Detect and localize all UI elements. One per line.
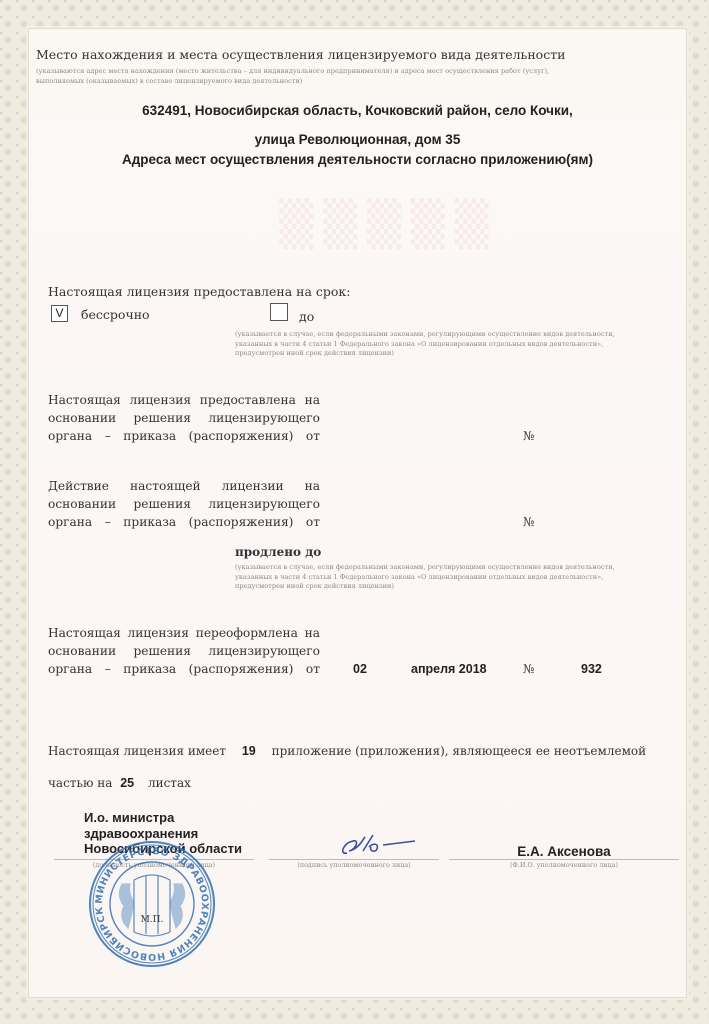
granted-line-2: основании решения лицензирующего xyxy=(48,409,320,427)
attachments-line-2: частью на 25 листах xyxy=(48,776,191,790)
reissued-line-3: органа – приказа (распоряжения) от xyxy=(48,660,320,678)
granted-basis-text: Настоящая лицензия предоставлена на осно… xyxy=(48,391,320,445)
until-checkbox[interactable] xyxy=(270,303,288,321)
position-line-1: И.о. министра xyxy=(84,810,242,826)
reissued-number: 932 xyxy=(581,662,602,676)
term-heading: Настоящая лицензия предоставлена на срок… xyxy=(48,284,350,299)
granted-line-3: органа – приказа (распоряжения) от xyxy=(48,427,320,445)
attachments-suffix: приложение (приложения), являющееся ее н… xyxy=(272,744,647,758)
stamp-mp-label: М.П. xyxy=(141,915,164,925)
extended-line-2: основании решения лицензирующего xyxy=(48,495,320,513)
svg-text:МИНИСТЕРСТВО ЗДРАВООХРАНЕНИЯ Н: МИНИСТЕРСТВО ЗДРАВООХРАНЕНИЯ НОВОСИБИРСК… xyxy=(88,840,210,962)
attachments-count: 19 xyxy=(242,744,256,758)
location-note-line-1: (указываются адрес места нахождения (мес… xyxy=(36,67,681,77)
reissued-basis-text: Настоящая лицензия переоформлена на осно… xyxy=(48,624,320,678)
attachments-sheets-suffix: листах xyxy=(148,776,191,790)
until-label: до xyxy=(299,309,314,324)
extended-number-label: № xyxy=(523,515,534,529)
reissued-line-2: основании решения лицензирующего xyxy=(48,642,320,660)
extended-line-1: Действие настоящей лицензии на xyxy=(48,477,320,495)
reissued-number-label: № xyxy=(523,662,534,676)
reissued-month-year: апреля 2018 xyxy=(411,662,487,676)
stamp-ring-text: МИНИСТЕРСТВО ЗДРАВООХРАНЕНИЯ НОВОСИБИРСК… xyxy=(88,840,210,962)
signature-caption: (подпись уполномоченного лица) xyxy=(269,861,439,869)
term-note: (указывается в случае, если федеральными… xyxy=(235,330,675,359)
granted-number-label: № xyxy=(523,429,534,443)
signature-scribble xyxy=(329,829,419,861)
attachments-line-1: Настоящая лицензия имеет 19 приложение (… xyxy=(48,744,646,758)
location-heading: Место нахождения и места осуществления л… xyxy=(36,47,565,62)
address-line-1: 632491, Новосибирская область, Кочковски… xyxy=(29,103,686,118)
attachments-sheets-count: 25 xyxy=(120,776,134,790)
location-note: (указываются адрес места нахождения (мес… xyxy=(36,67,681,86)
location-note-line-2: выполняемых (оказываемых) в составе лице… xyxy=(36,77,681,87)
position-line-2: здравоохранения xyxy=(84,826,242,842)
name-underline xyxy=(449,859,679,860)
signature-underline xyxy=(269,859,439,860)
signatory-name: Е.А. Аксенова xyxy=(449,844,679,859)
extended-note: (указывается в случае, если федеральными… xyxy=(235,563,675,592)
unlimited-checkbox[interactable]: V xyxy=(51,305,68,322)
term-note-line-2: указанных в части 4 статьи 1 Федеральног… xyxy=(235,340,675,350)
reissued-day: 02 xyxy=(353,662,367,676)
extended-until-label: продлено до xyxy=(235,545,321,559)
extended-note-line-2: указанных в части 4 статьи 1 Федеральног… xyxy=(235,573,675,583)
granted-line-1: Настоящая лицензия предоставлена на xyxy=(48,391,320,409)
unlimited-label: бессрочно xyxy=(81,307,150,322)
term-note-line-3: предусмотрен иной срок действия лицензии… xyxy=(235,349,675,359)
official-stamp-icon: МИНИСТЕРСТВО ЗДРАВООХРАНЕНИЯ НОВОСИБИРСК… xyxy=(88,840,216,968)
extended-basis-text: Действие настоящей лицензии на основании… xyxy=(48,477,320,531)
address-line-3: Адреса мест осуществления деятельности с… xyxy=(29,152,686,167)
address-line-2: улица Революционная, дом 35 xyxy=(29,132,686,147)
term-note-line-1: (указывается в случае, если федеральными… xyxy=(235,330,675,340)
attachments-prefix: Настоящая лицензия имеет xyxy=(48,744,226,758)
extended-note-line-3: предусмотрен иной срок действия лицензии… xyxy=(235,582,675,592)
reissued-line-1: Настоящая лицензия переоформлена на xyxy=(48,624,320,642)
extended-line-3: органа – приказа (распоряжения) от xyxy=(48,513,320,531)
name-caption: (Ф.И.О. уполномоченного лица) xyxy=(449,861,679,869)
attachments-sheets-prefix: частью на xyxy=(48,776,112,790)
extended-note-line-1: (указывается в случае, если федеральными… xyxy=(235,563,675,573)
